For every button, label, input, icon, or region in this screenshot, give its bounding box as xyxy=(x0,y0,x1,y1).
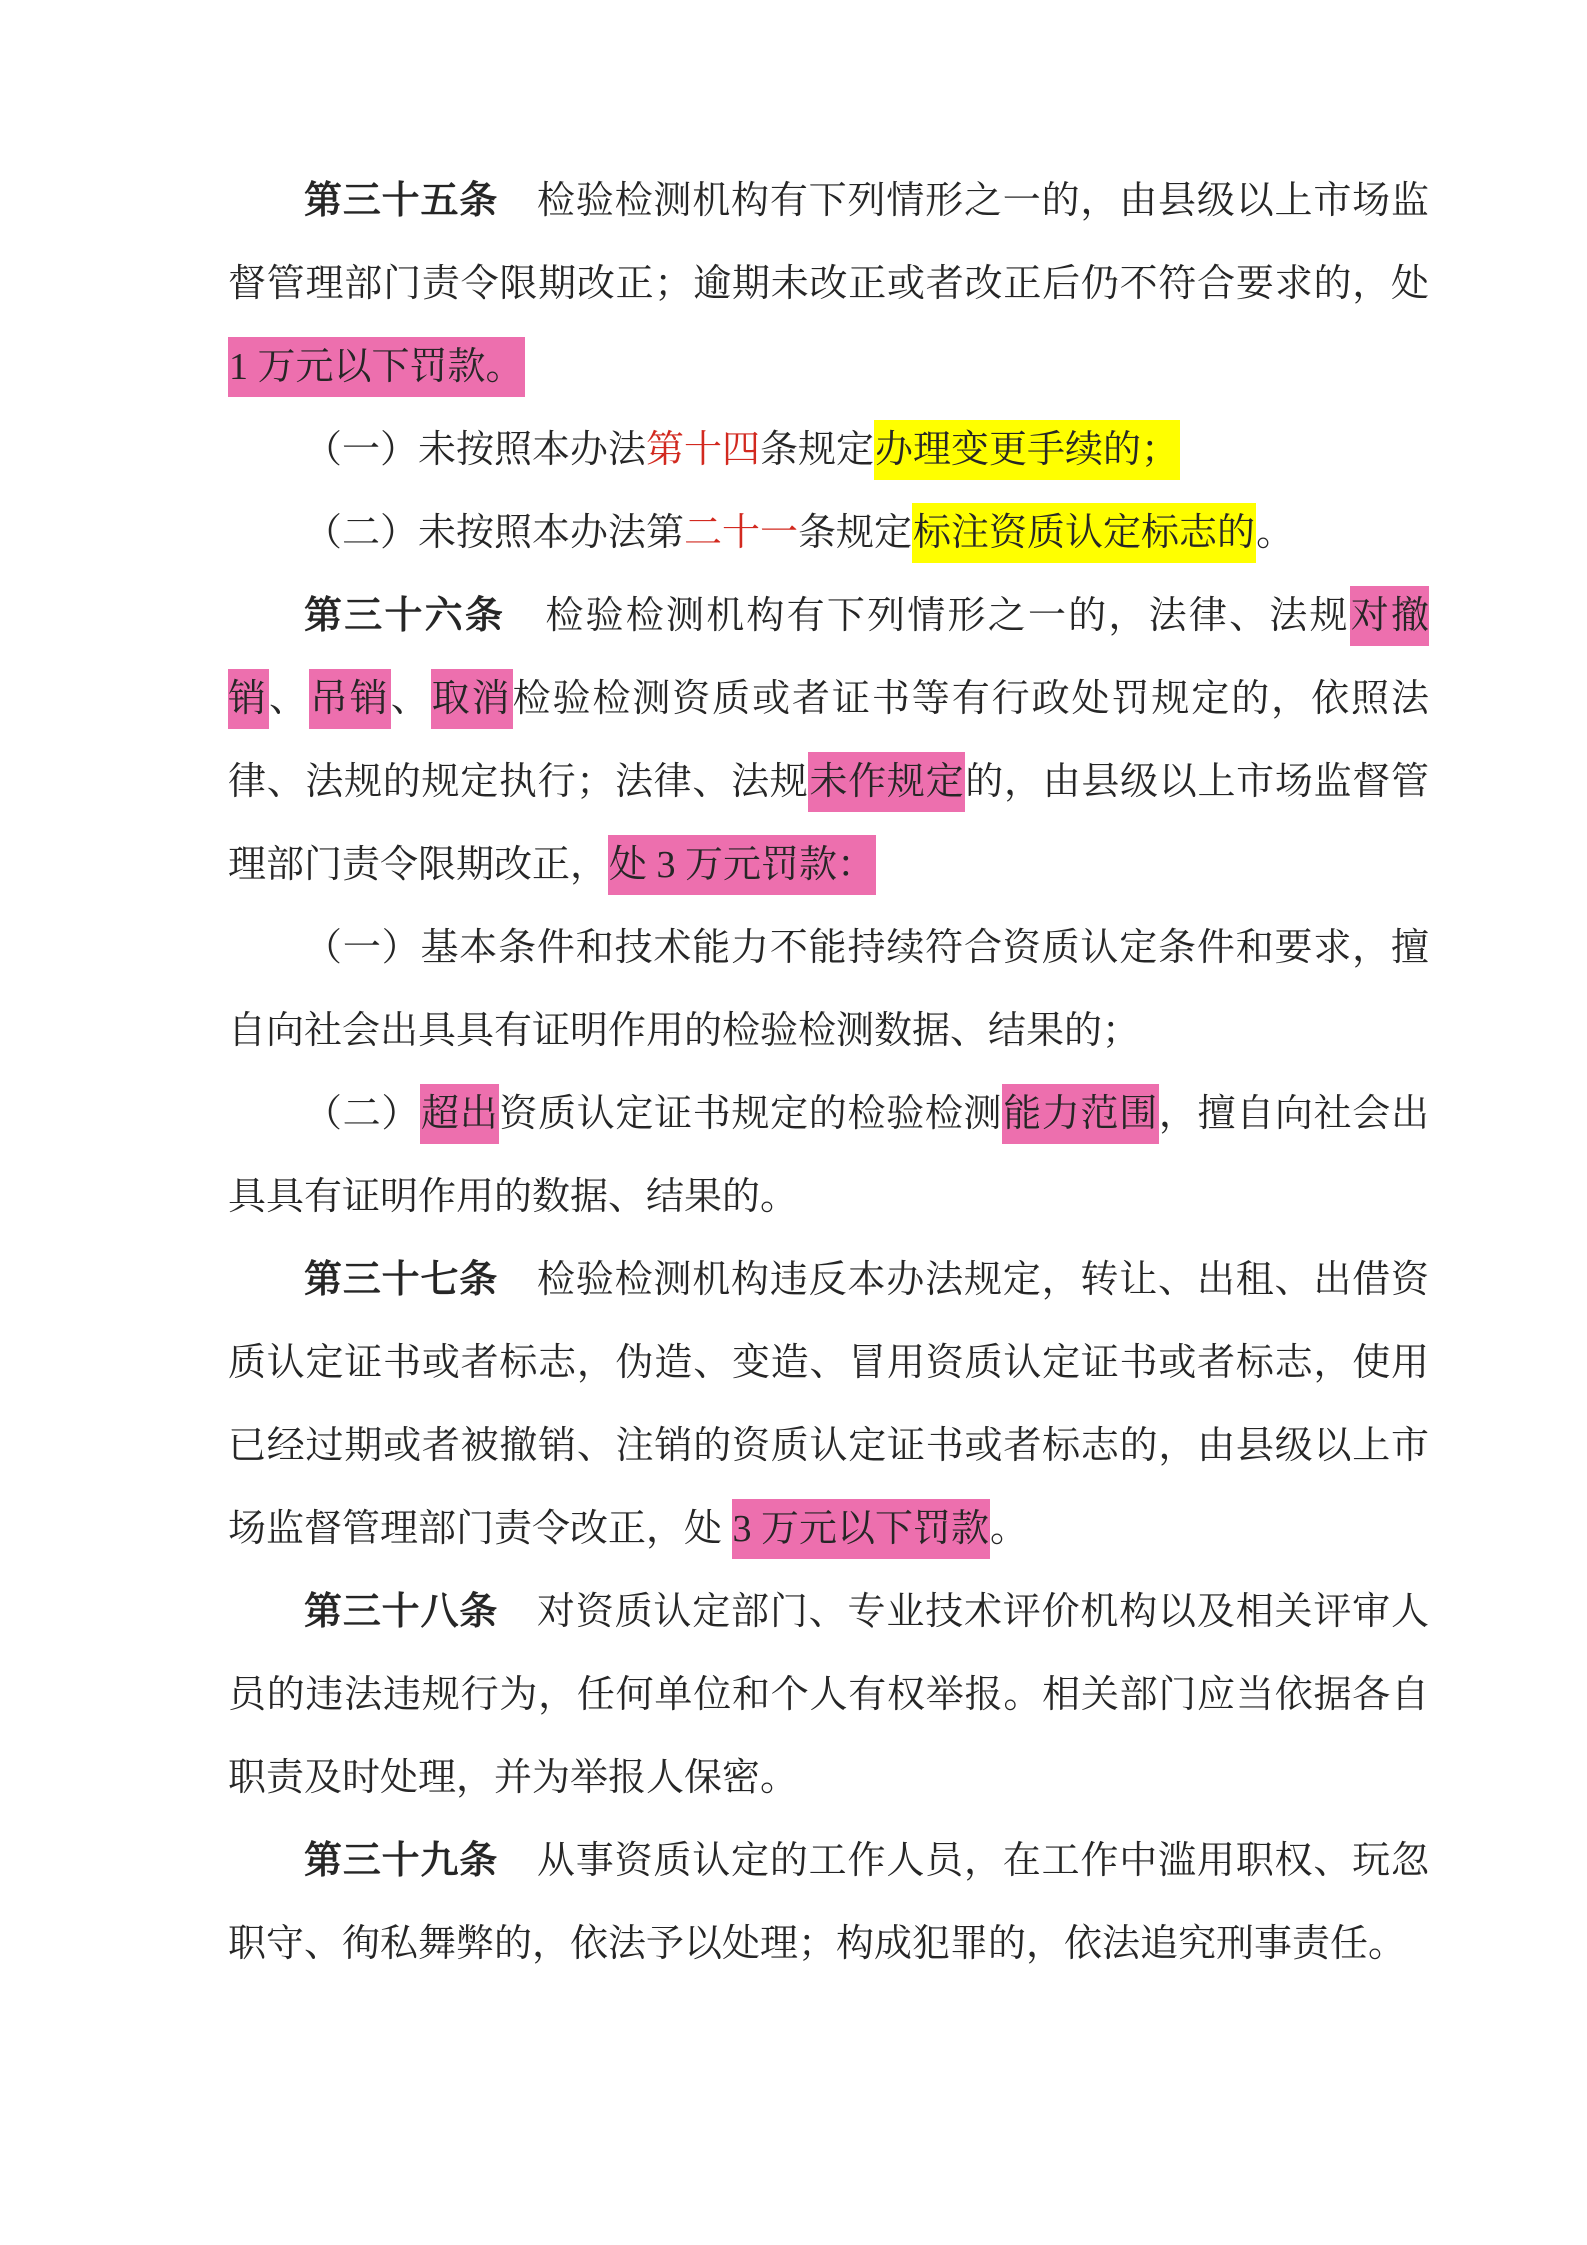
text-run-yellow: 办理变更手续的； xyxy=(874,420,1180,480)
text-run-normal: 、 xyxy=(269,678,309,720)
text-run-yellow: 标注资质认定标志的 xyxy=(912,503,1256,563)
paragraph-article-36: 第三十六条 检验检测机构有下列情形之一的，法律、法规对撤销、吊销、取消检验检测资… xyxy=(228,575,1429,907)
text-run-bold: 第三十七条 xyxy=(304,1259,498,1301)
text-run-bold: 第三十八条 xyxy=(304,1591,498,1633)
document-page: 第三十五条 检验检测机构有下列情形之一的，由县级以上市场监督管理部门责令限期改正… xyxy=(0,0,1587,2245)
text-run-normal: 。 xyxy=(1256,512,1294,554)
paragraph-article-38: 第三十八条 对资质认定部门、专业技术评价机构以及相关评审人员的违法违规行为，任何… xyxy=(228,1571,1429,1820)
text-run-normal: （一）未按照本办法 xyxy=(304,429,646,471)
text-run-red: 第十四 xyxy=(646,429,760,471)
text-run-pink: 3 万元以下罚款 xyxy=(732,1499,991,1559)
text-run-pink: 1 万元以下罚款。 xyxy=(228,337,525,397)
text-run-normal: （二） xyxy=(304,1093,420,1135)
text-run-pink: 取消 xyxy=(431,669,513,729)
text-run-pink: 未作规定 xyxy=(808,752,965,812)
text-run-pink: 吊销 xyxy=(309,669,391,729)
paragraph-article-36-item-2: （二）超出资质认定证书规定的检验检测能力范围，擅自向社会出具具有证明作用的数据、… xyxy=(228,1073,1429,1239)
paragraph-article-39: 第三十九条 从事资质认定的工作人员，在工作中滥用职权、玩忽职守、徇私舞弊的，依法… xyxy=(228,1820,1429,1986)
text-run-bold: 第三十五条 xyxy=(304,180,498,222)
paragraph-article-36-item-1: （一）基本条件和技术能力不能持续符合资质认定条件和要求，擅自向社会出具具有证明作… xyxy=(228,907,1429,1073)
text-run-normal: 、 xyxy=(391,678,431,720)
text-run-bold: 第三十九条 xyxy=(304,1840,498,1882)
text-run-pink: 超出 xyxy=(420,1084,499,1144)
text-run-normal: 条规定 xyxy=(798,512,912,554)
text-run-normal: 。 xyxy=(990,1508,1028,1550)
text-run-pink: 能力范围 xyxy=(1002,1084,1159,1144)
text-run-pink: 处 3 万元罚款： xyxy=(608,835,876,895)
text-run-normal: 条规定 xyxy=(760,429,874,471)
paragraph-article-37: 第三十七条 检验检测机构违反本办法规定，转让、出租、出借资质认定证书或者标志，伪… xyxy=(228,1239,1429,1571)
paragraph-article-35-item-1: （一）未按照本办法第十四条规定办理变更手续的； xyxy=(228,409,1429,492)
text-run-normal: （一）基本条件和技术能力不能持续符合资质认定条件和要求，擅自向社会出具具有证明作… xyxy=(228,927,1429,1052)
paragraph-article-35-item-2: （二）未按照本办法第二十一条规定标注资质认定标志的。 xyxy=(228,492,1429,575)
text-run-normal: 资质认定证书规定的检验检测 xyxy=(499,1093,1002,1135)
paragraph-article-35: 第三十五条 检验检测机构有下列情形之一的，由县级以上市场监督管理部门责令限期改正… xyxy=(228,160,1429,409)
text-run-bold: 第三十六条 xyxy=(304,595,505,637)
text-run-red: 二十一 xyxy=(684,512,798,554)
text-run-normal: （二）未按照本办法第 xyxy=(304,512,684,554)
text-run-normal: 检验检测机构有下列情形之一的，法律、法规 xyxy=(505,595,1350,637)
